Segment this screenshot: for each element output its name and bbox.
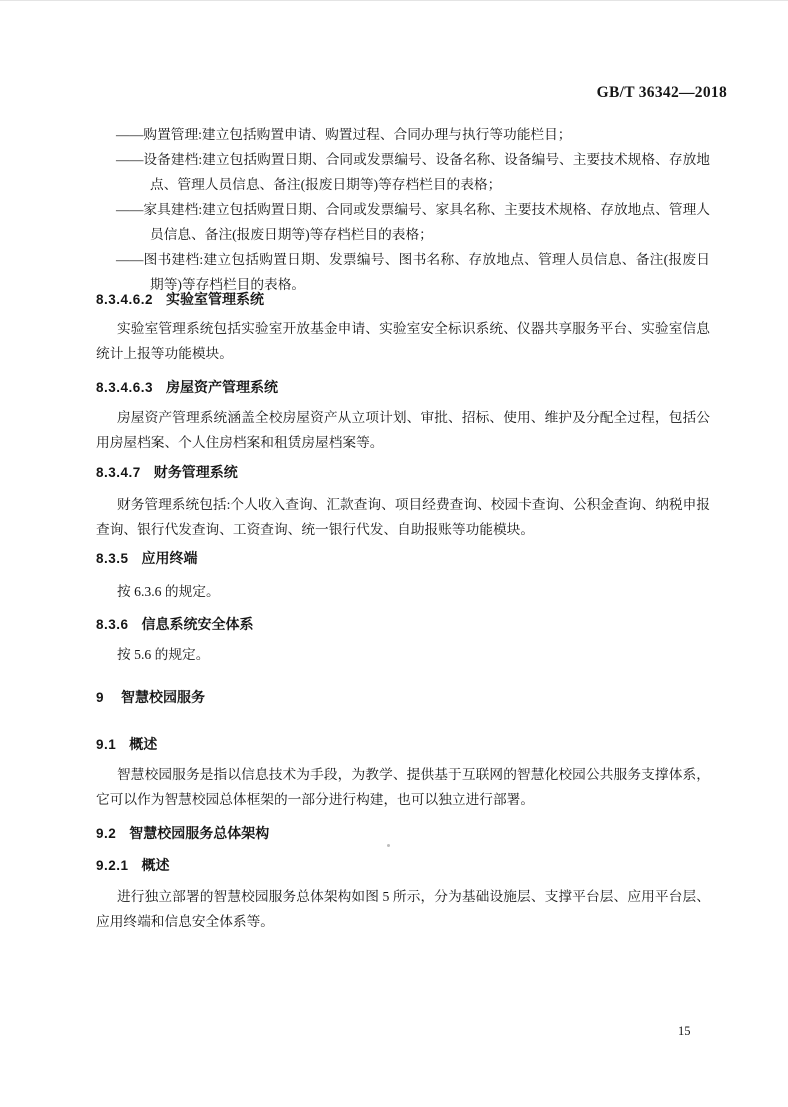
scan-speck — [387, 844, 390, 847]
chapter-number: 9 — [96, 690, 104, 705]
clause-title: 信息系统安全体系 — [142, 616, 254, 632]
paragraph-smart-campus-service: 智慧校园服务是指以信息技术为手段，为教学、提供基于互联网的智慧化校园公共服务支撑… — [96, 762, 710, 812]
clause-number: 9.2.1 — [96, 858, 129, 873]
chapter-title: 智慧校园服务 — [121, 689, 205, 705]
standard-code: GB/T 36342—2018 — [597, 84, 727, 102]
heading-8-3-4-7: 8.3.4.7财务管理系统 — [96, 460, 710, 485]
heading-9-2-1: 9.2.1概述 — [96, 853, 710, 878]
bullet-item-purchase-management: ——购置管理:建立包括购置申请、购置过程、合同办理与执行等功能栏目； — [96, 122, 710, 147]
clause-number: 8.3.5 — [96, 551, 129, 566]
clause-number: 9.2 — [96, 826, 116, 841]
clause-title: 智慧校园服务总体架构 — [129, 825, 269, 841]
clause-title: 应用终端 — [142, 550, 198, 566]
clause-title: 财务管理系统 — [154, 464, 238, 480]
heading-8-3-4-6-2: 8.3.4.6.2实验室管理系统 — [96, 287, 710, 312]
paragraph-application-terminal: 按 6.3.6 的规定。 — [96, 579, 710, 604]
bullet-list: ——购置管理:建立包括购置申请、购置过程、合同办理与执行等功能栏目； ——设备建… — [96, 122, 710, 297]
heading-9: 9智慧校园服务 — [96, 685, 710, 710]
clause-number: 9.1 — [96, 737, 116, 752]
document-page: GB/T 36342—2018 ——购置管理:建立包括购置申请、购置过程、合同办… — [0, 0, 788, 1107]
heading-8-3-6: 8.3.6信息系统安全体系 — [96, 612, 710, 637]
clause-number: 8.3.4.6.3 — [96, 380, 153, 395]
paragraph-finance-management: 财务管理系统包括:个人收入查询、汇款查询、项目经费查询、校园卡查询、公积金查询、… — [96, 492, 710, 542]
clause-title: 概述 — [142, 857, 170, 873]
heading-9-1: 9.1概述 — [96, 732, 710, 757]
clause-number: 8.3.4.7 — [96, 465, 141, 480]
paragraph-housing-assets: 房屋资产管理系统涵盖全校房屋资产从立项计划、审批、招标、使用、维护及分配全过程，… — [96, 405, 710, 455]
heading-9-2: 9.2智慧校园服务总体架构 — [96, 821, 710, 846]
paragraph-info-security-system: 按 5.6 的规定。 — [96, 642, 710, 667]
clause-title: 房屋资产管理系统 — [166, 379, 278, 395]
scan-top-edge — [0, 0, 788, 1]
clause-number: 8.3.6 — [96, 617, 129, 632]
bullet-item-furniture-filing: ——家具建档:建立包括购置日期、合同或发票编号、家具名称、主要技术规格、存放地点… — [96, 197, 710, 247]
heading-8-3-5: 8.3.5应用终端 — [96, 546, 710, 571]
page-number: 15 — [678, 1024, 691, 1039]
paragraph-lab-management: 实验室管理系统包括实验室开放基金申请、实验室安全标识系统、仪器共享服务平台、实验… — [96, 316, 710, 366]
clause-title: 实验室管理系统 — [166, 291, 264, 307]
clause-number: 8.3.4.6.2 — [96, 292, 153, 307]
paragraph-overall-architecture: 进行独立部署的智慧校园服务总体架构如图 5 所示，分为基础设施层、支撑平台层、应… — [96, 884, 710, 934]
clause-title: 概述 — [129, 736, 157, 752]
heading-8-3-4-6-3: 8.3.4.6.3房屋资产管理系统 — [96, 375, 710, 400]
bullet-item-equipment-filing: ——设备建档:建立包括购置日期、合同或发票编号、设备名称、设备编号、主要技术规格… — [96, 147, 710, 197]
